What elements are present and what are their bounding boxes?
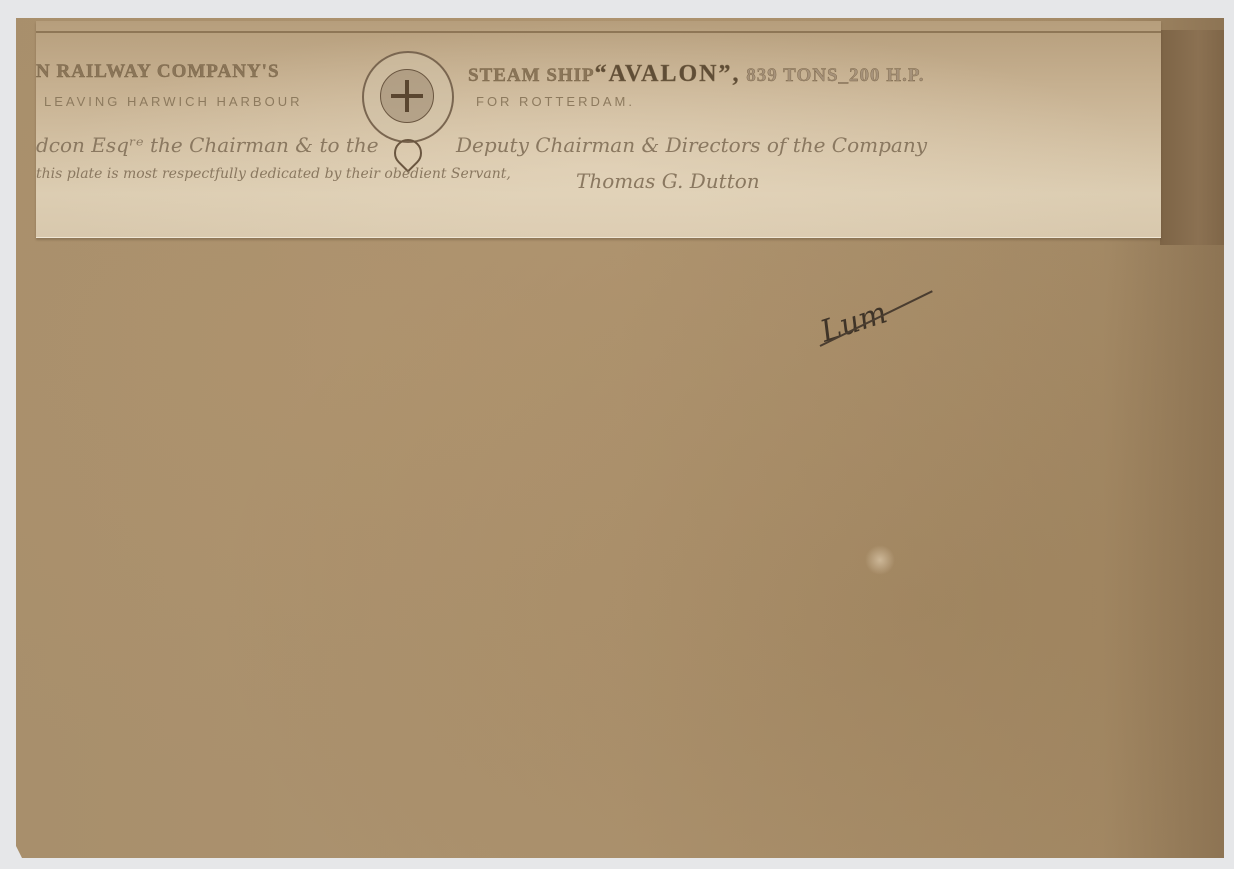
border-rule — [36, 31, 1161, 33]
ship-prefix: STEAM SHIP — [468, 65, 595, 86]
crest-seal-icon — [362, 51, 454, 143]
destination-caption: FOR ROTTERDAM. — [476, 94, 635, 109]
company-name: N RAILWAY COMPANY'S — [36, 61, 280, 83]
ship-name: “AVALON”, — [595, 61, 741, 87]
engraver-signature: Thomas G. Dutton — [576, 169, 760, 193]
dedication-line-1-left: dcon Esqʳᵉ the Chairman & to the — [36, 133, 379, 157]
foxing-spot — [865, 545, 895, 575]
shield-icon — [380, 69, 434, 123]
ship-specs: 839 TONS_200 H.P. — [746, 65, 924, 86]
ship-title: STEAM SHIP“AVALON”, 839 TONS_200 H.P. — [468, 61, 924, 88]
mount-board-shadow — [1160, 30, 1224, 245]
dedication-line-1-right: Deputy Chairman & Directors of the Compa… — [456, 133, 927, 157]
departure-caption: LEAVING HARWICH HARBOUR — [44, 94, 303, 109]
dedication-line-2: this plate is most respectfully dedicate… — [36, 166, 511, 182]
print-title-strip: N RAILWAY COMPANY'S STEAM SHIP“AVALON”, … — [36, 21, 1161, 238]
